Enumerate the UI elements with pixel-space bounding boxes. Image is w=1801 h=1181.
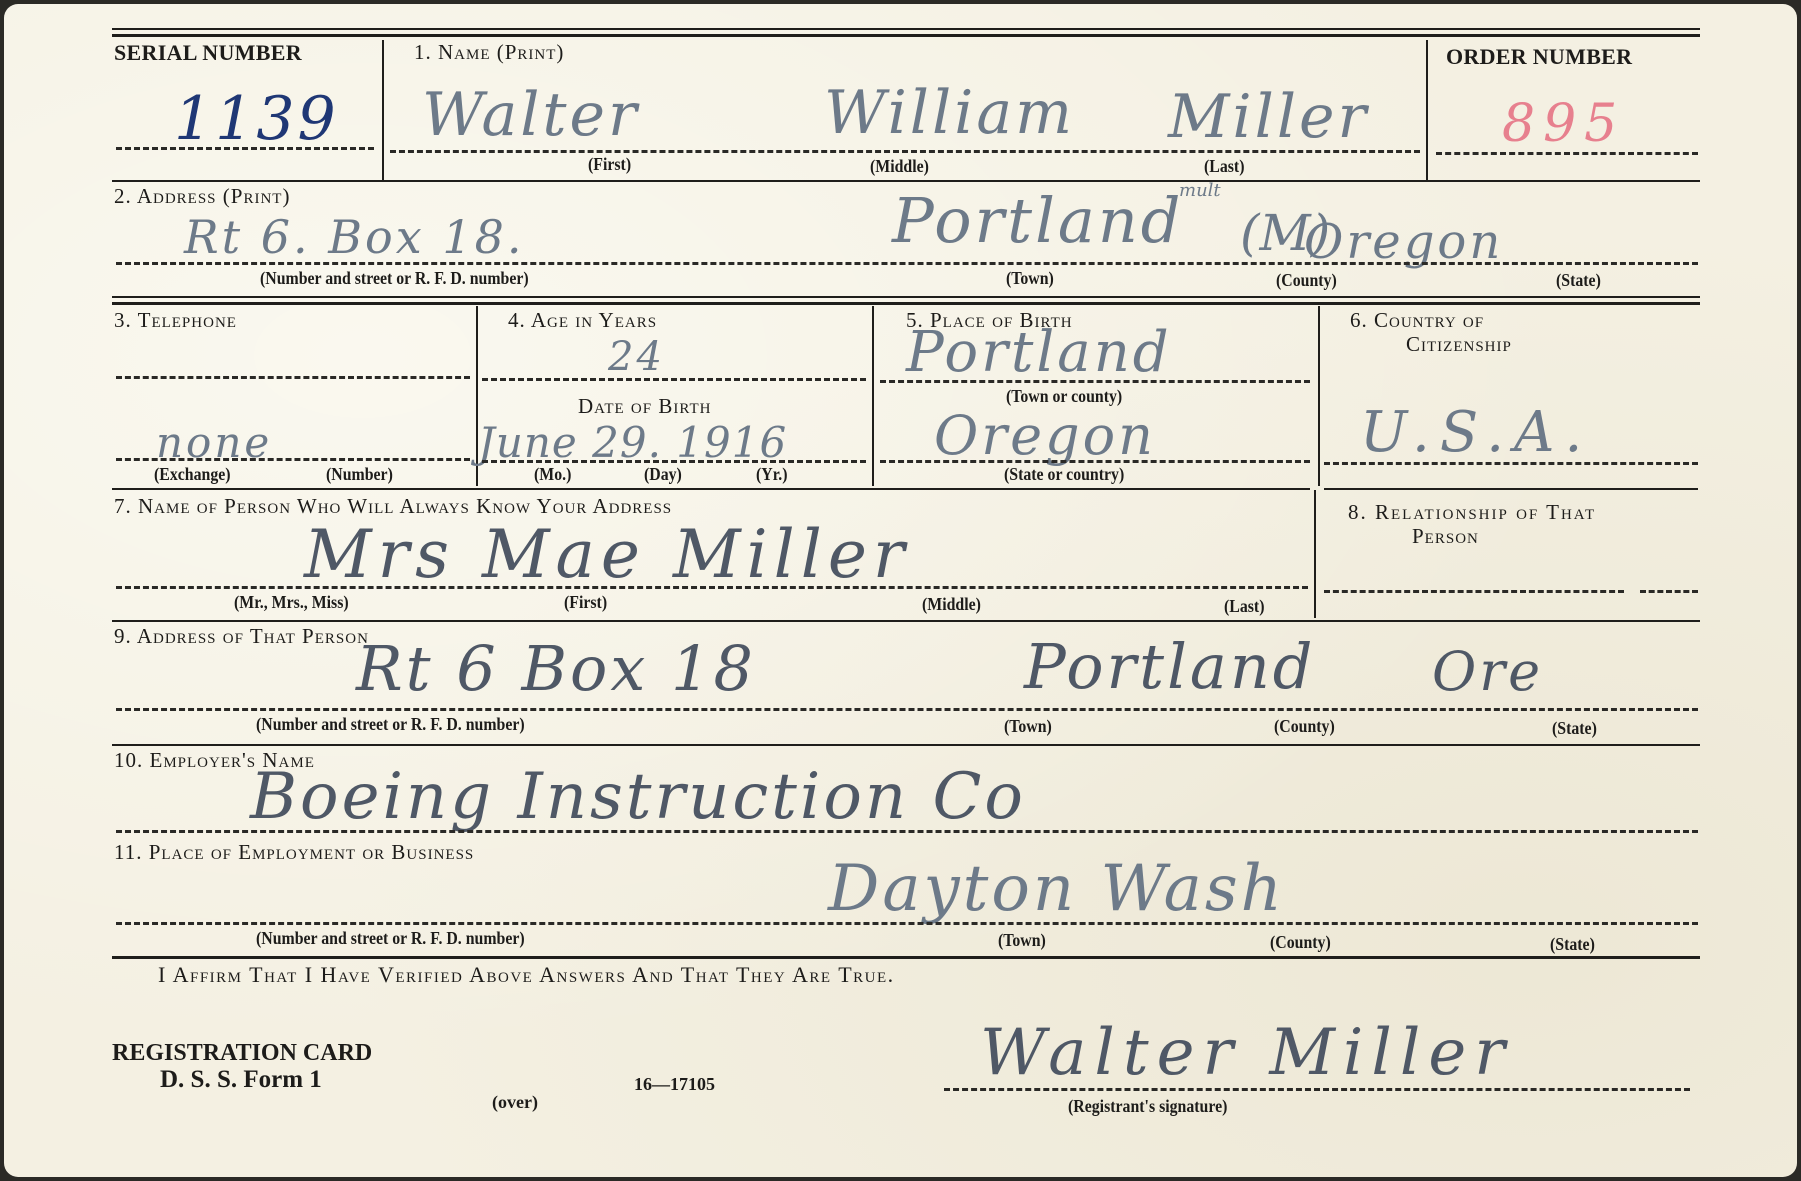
citizenship-dashed-line [1324,462,1698,465]
signature-label: (Registrant's signature) [1068,1096,1227,1117]
state-sublabel: (State) [1556,270,1601,291]
column-divider [1318,306,1320,486]
last-name-value: Miller [1168,82,1369,152]
telephone-label: 3. Telephone [114,308,237,333]
row-rule [112,302,1700,305]
registration-card-title: REGISTRATION CARD [112,1040,372,1067]
contact-person-dashed-line [116,586,1308,589]
contact-town-value: Portland [1024,630,1316,703]
name-dashed-line [390,150,1420,153]
town-sublabel: (Town) [1004,716,1052,737]
first-sublabel: (First) [564,592,607,613]
contact-address-dashed-line [116,708,1698,711]
column-divider [382,40,384,180]
signature-dashed-line [944,1088,1690,1091]
state-sublabel: (State) [1550,934,1595,955]
registration-card: SERIAL NUMBER 1. Name (Print) ORDER NUMB… [4,4,1797,1177]
address-street-value: Rt 6. Box 18. [184,210,524,264]
last-sublabel: (Last) [1224,596,1264,617]
address-label: 2. Address (Print) [114,184,290,209]
order-number-value: 895 [1502,94,1625,154]
serial-dashed-line [116,147,374,150]
employment-place-value: Dayton Wash [828,852,1285,926]
employment-place-label: 11. Place of Employment or Business [114,840,474,865]
serial-number-label: SERIAL NUMBER [114,40,302,66]
state-sublabel: (State) [1552,718,1597,739]
contact-person-value: Mrs Mae Miller [304,516,910,593]
serial-number-value: 1139 [174,84,339,154]
column-divider [872,306,874,486]
title-sublabel: (Mr., Mrs., Miss) [234,592,349,613]
exchange-sublabel: (Exchange) [154,464,231,485]
month-sublabel: (Mo.) [534,464,571,485]
row-rule [112,180,1700,182]
order-dashed-line [1436,152,1698,155]
address-annotation: mult [1179,180,1221,201]
town-sublabel: (Town) [1006,268,1054,289]
row-rule [1324,488,1698,490]
telephone-dashed-line [116,458,470,461]
employer-value: Boeing Instruction Co [250,760,1026,834]
birth-town-value: Portland [906,320,1172,385]
row-rule [112,744,1700,746]
last-sublabel: (Last) [1204,156,1244,177]
age-label: 4. Age in Years [508,308,657,333]
birth-state-value: Oregon [934,404,1156,467]
top-rule [112,28,1700,30]
day-sublabel: (Day) [644,464,682,485]
street-sublabel: (Number and street or R. F. D. number) [260,268,529,289]
relationship-label: Person [1412,524,1479,549]
middle-name-value: William [824,78,1075,148]
employment-dashed-line [116,922,1698,925]
column-divider [1314,490,1316,618]
contact-address-label: 9. Address of That Person [114,624,369,649]
registrant-signature: Walter Miller [980,1016,1513,1090]
first-sublabel: (First) [588,154,631,175]
contact-state-value: Ore [1432,640,1543,703]
county-sublabel: (County) [1274,716,1335,737]
citizenship-label: 6. Country of [1350,308,1484,333]
citizenship-label: Citizenship [1406,332,1512,357]
middle-sublabel: (Middle) [870,156,929,177]
relationship-dashed-line [1640,590,1698,593]
citizenship-value: U.S.A. [1360,400,1592,465]
row-rule [112,620,1700,622]
over-note: (over) [492,1092,538,1113]
top-rule [112,34,1700,37]
county-sublabel: (County) [1276,270,1337,291]
street-sublabel: (Number and street or R. F. D. number) [256,714,525,735]
dob-dashed-line [482,460,866,463]
row-rule [112,296,1700,298]
column-divider [1426,40,1428,180]
relationship-label: 8. Relationship of That [1348,500,1596,525]
form-number: D. S. S. Form 1 [160,1066,322,1094]
relationship-dashed-line [1324,590,1624,593]
employer-dashed-line [116,830,1698,833]
age-value: 24 [608,334,665,380]
affirmation-text: I Affirm That I Have Verified Above Answ… [158,962,895,988]
street-sublabel: (Number and street or R. F. D. number) [256,928,525,949]
address-town-value: Portland [892,184,1184,257]
town-sublabel: (Town) [998,930,1046,951]
middle-sublabel: (Middle) [922,594,981,615]
birth-town-dashed-line [880,380,1310,383]
name-label: 1. Name (Print) [414,40,564,65]
telephone-dashed-line [116,376,470,379]
number-sublabel: (Number) [326,464,393,485]
contact-street-value: Rt 6 Box 18 [356,632,756,705]
county-sublabel: (County) [1270,932,1331,953]
age-dashed-line [482,378,866,381]
first-name-value: Walter [422,80,640,150]
birth-state-dashed-line [880,460,1310,463]
year-sublabel: (Yr.) [756,464,788,485]
form-code: 16—17105 [634,1074,715,1095]
birth-state-sublabel: (State or country) [1004,464,1124,485]
date-of-birth-label: Date of Birth [578,394,711,419]
address-dashed-line [116,262,1698,265]
row-rule [112,956,1700,959]
order-number-label: ORDER NUMBER [1446,44,1632,70]
row-rule [112,488,1310,490]
